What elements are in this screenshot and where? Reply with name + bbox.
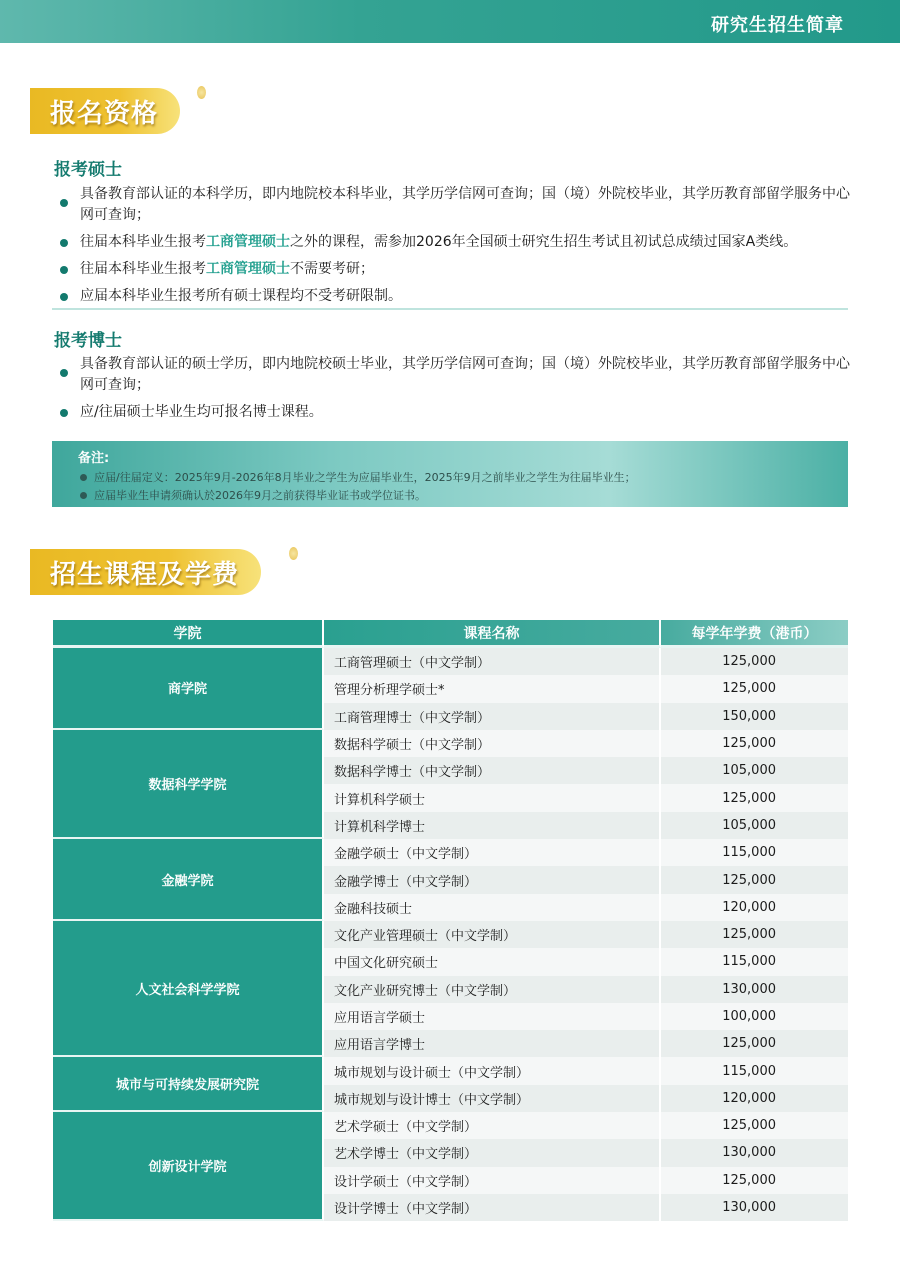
course-name-cell: 数据科学博士（中文学制） [324, 757, 661, 784]
doctors-heading: 报考博士 [54, 326, 122, 351]
doctors-requirements-list: 具备教育部认证的硕士学历，即内地院校硕士毕业，其学历学信网可查询；国（境）外院校… [58, 354, 858, 429]
course-name-cell: 数据科学硕士（中文学制） [324, 730, 661, 757]
course-name-cell: 工商管理硕士（中文学制） [324, 648, 661, 675]
tuition-fee-cell: 115,000 [661, 839, 848, 866]
section-title: 招生课程及学费 [50, 554, 239, 591]
course-name-cell: 金融科技硕士 [324, 894, 661, 921]
table-row: 商学院工商管理硕士（中文学制）125,000 [53, 648, 848, 675]
masters-requirements-list: 具备教育部认证的本科学历，即内地院校本科毕业，其学历学信网可查询；国（境）外院校… [58, 184, 858, 313]
tuition-fee-cell: 130,000 [661, 976, 848, 1003]
tuition-fee-cell: 130,000 [661, 1139, 848, 1166]
column-header-school: 学院 [53, 620, 324, 648]
tuition-fee-cell: 115,000 [661, 948, 848, 975]
school-cell: 人文社会科学学院 [53, 921, 324, 1057]
course-name-cell: 城市规划与设计博士（中文学制） [324, 1085, 661, 1112]
course-name-cell: 城市规划与设计硕士（中文学制） [324, 1057, 661, 1084]
list-item: 具备教育部认证的硕士学历，即内地院校硕士毕业，其学历学信网可查询；国（境）外院校… [58, 354, 858, 396]
course-name-cell: 计算机科学博士 [324, 812, 661, 839]
decorative-dot-icon [289, 547, 298, 560]
highlight-mba: 工商管理硕士 [206, 234, 290, 250]
section-badge-eligibility: 报名资格 [30, 88, 180, 134]
note-box: 备注: 应届/往届定义：2025年9月-2026年8月毕业之学生为应届毕业生，2… [52, 441, 848, 507]
decorative-dot-icon [197, 86, 206, 99]
highlight-mba: 工商管理硕士 [206, 261, 290, 277]
header-bar: 研究生招生简章 [0, 0, 900, 43]
brochure-title: 研究生招生简章 [711, 11, 844, 37]
course-name-cell: 设计学硕士（中文学制） [324, 1167, 661, 1194]
tuition-fee-cell: 130,000 [661, 1194, 848, 1221]
note-title: 备注: [78, 447, 822, 466]
school-cell: 数据科学学院 [53, 730, 324, 839]
tuition-fee-cell: 125,000 [661, 675, 848, 702]
section-divider [52, 308, 848, 310]
programs-fee-table: 学院 课程名称 每学年学费（港币） 商学院工商管理硕士（中文学制）125,000… [53, 620, 848, 1221]
course-name-cell: 设计学博士（中文学制） [324, 1194, 661, 1221]
list-item: 具备教育部认证的本科学历，即内地院校本科毕业，其学历学信网可查询；国（境）外院校… [58, 184, 858, 226]
tuition-fee-cell: 105,000 [661, 812, 848, 839]
tuition-fee-cell: 125,000 [661, 1112, 848, 1139]
note-item: 应届/往届定义：2025年9月-2026年8月毕业之学生为应届毕业生，2025年… [78, 469, 822, 487]
course-name-cell: 应用语言学博士 [324, 1030, 661, 1057]
list-item: 往届本科毕业生报考工商管理硕士之外的课程，需参加2026年全国硕士研究生招生考试… [58, 232, 858, 253]
course-name-cell: 金融学硕士（中文学制） [324, 839, 661, 866]
tuition-fee-cell: 115,000 [661, 1057, 848, 1084]
course-name-cell: 艺术学硕士（中文学制） [324, 1112, 661, 1139]
tuition-fee-cell: 100,000 [661, 1003, 848, 1030]
list-item: 往届本科毕业生报考工商管理硕士不需要考研； [58, 259, 858, 280]
tuition-fee-cell: 125,000 [661, 730, 848, 757]
column-header-fee: 每学年学费（港币） [661, 620, 848, 648]
tuition-fee-cell: 105,000 [661, 757, 848, 784]
table-row: 金融学院金融学硕士（中文学制）115,000 [53, 839, 848, 866]
tuition-fee-cell: 125,000 [661, 1030, 848, 1057]
table-row: 人文社会科学学院文化产业管理硕士（中文学制）125,000 [53, 921, 848, 948]
course-name-cell: 管理分析理学硕士* [324, 675, 661, 702]
school-cell: 创新设计学院 [53, 1112, 324, 1221]
course-name-cell: 应用语言学硕士 [324, 1003, 661, 1030]
school-cell: 城市与可持续发展研究院 [53, 1057, 324, 1112]
table-row: 数据科学学院数据科学硕士（中文学制）125,000 [53, 730, 848, 757]
tuition-fee-cell: 125,000 [661, 866, 848, 893]
tuition-fee-cell: 125,000 [661, 648, 848, 675]
tuition-fee-cell: 125,000 [661, 1167, 848, 1194]
course-name-cell: 计算机科学硕士 [324, 784, 661, 811]
column-header-course: 课程名称 [324, 620, 661, 648]
table-row: 创新设计学院艺术学硕士（中文学制）125,000 [53, 1112, 848, 1139]
course-name-cell: 文化产业管理硕士（中文学制） [324, 921, 661, 948]
course-name-cell: 文化产业研究博士（中文学制） [324, 976, 661, 1003]
course-name-cell: 中国文化研究硕士 [324, 948, 661, 975]
table-header-row: 学院 课程名称 每学年学费（港币） [53, 620, 848, 648]
section-badge-programs: 招生课程及学费 [30, 549, 261, 595]
course-name-cell: 工商管理博士（中文学制） [324, 703, 661, 730]
tuition-fee-cell: 150,000 [661, 703, 848, 730]
table-row: 城市与可持续发展研究院城市规划与设计硕士（中文学制）115,000 [53, 1057, 848, 1084]
tuition-fee-cell: 120,000 [661, 1085, 848, 1112]
list-item: 应/往届硕士毕业生均可报名博士课程。 [58, 402, 858, 423]
school-cell: 商学院 [53, 648, 324, 730]
school-cell: 金融学院 [53, 839, 324, 921]
masters-heading: 报考硕士 [54, 155, 122, 180]
tuition-fee-cell: 125,000 [661, 784, 848, 811]
course-name-cell: 金融学博士（中文学制） [324, 866, 661, 893]
note-item: 应届毕业生申请须确认於2026年9月之前获得毕业证书或学位证书。 [78, 487, 822, 505]
list-item: 应届本科毕业生报考所有硕士课程均不受考研限制。 [58, 286, 858, 307]
tuition-fee-cell: 125,000 [661, 921, 848, 948]
section-title: 报名资格 [50, 93, 158, 130]
course-name-cell: 艺术学博士（中文学制） [324, 1139, 661, 1166]
tuition-fee-cell: 120,000 [661, 894, 848, 921]
